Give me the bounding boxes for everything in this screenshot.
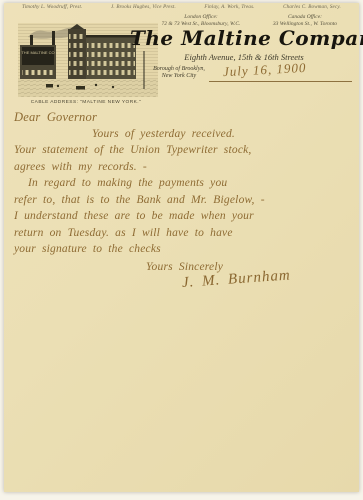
officer-name: Timothy L. Woodruff, Prest.	[22, 5, 83, 10]
borough-line-1: Borough of Brooklyn,	[142, 66, 216, 73]
letter-paper: Timothy L. Woodruff, Prest. J. Brooks Hu…	[4, 3, 359, 492]
body-line: agrees with my records. -	[14, 159, 354, 176]
officer-name: Charles C. Bowman, Secy.	[283, 5, 341, 10]
cornice	[86, 35, 136, 38]
body-line: refer to, that is to the Bank and Mr. Bi…	[14, 192, 354, 209]
figure	[112, 86, 114, 88]
date-line: July 16, 1900	[209, 60, 352, 82]
cart	[46, 84, 53, 88]
body-line: In regard to making the payments you	[14, 175, 354, 192]
officer-name: Finlay, A. Work, Treas.	[204, 5, 254, 10]
building-sign-text: THE MALTINE CO	[21, 50, 54, 55]
main-building-windows	[87, 39, 135, 80]
left-building-windows	[22, 67, 54, 80]
borough-line-2: New York City	[142, 73, 216, 80]
street	[18, 79, 158, 97]
cart	[76, 86, 85, 90]
body-line: Yours of yesterday received.	[14, 126, 354, 143]
body-line: I understand these are to be made when y…	[14, 208, 354, 225]
body-line: your signature to the checks	[14, 241, 354, 258]
figure	[57, 85, 59, 87]
letter-body: Dear Governor Yours of yesterday receive…	[14, 109, 354, 292]
officers-row: Timothy L. Woodruff, Prest. J. Brooks Hu…	[4, 5, 359, 10]
body-line: return on Tuesday. as I will have to hav…	[14, 225, 354, 242]
body-line: Your statement of the Union Typewriter s…	[14, 142, 354, 159]
cable-address: CABLE ADDRESS: "MALTINE NEW YORK."	[10, 100, 162, 105]
officer-name: J. Brooks Hughes, Vice Prest.	[111, 5, 176, 10]
figure	[95, 84, 97, 86]
salutation: Dear Governor	[14, 109, 354, 126]
company-name: The Maltine Company,	[130, 26, 358, 50]
borough-line: Borough of Brooklyn, New York City	[142, 66, 216, 80]
handwritten-date: July 16, 1900	[223, 60, 307, 80]
center-tower-windows	[69, 32, 85, 80]
